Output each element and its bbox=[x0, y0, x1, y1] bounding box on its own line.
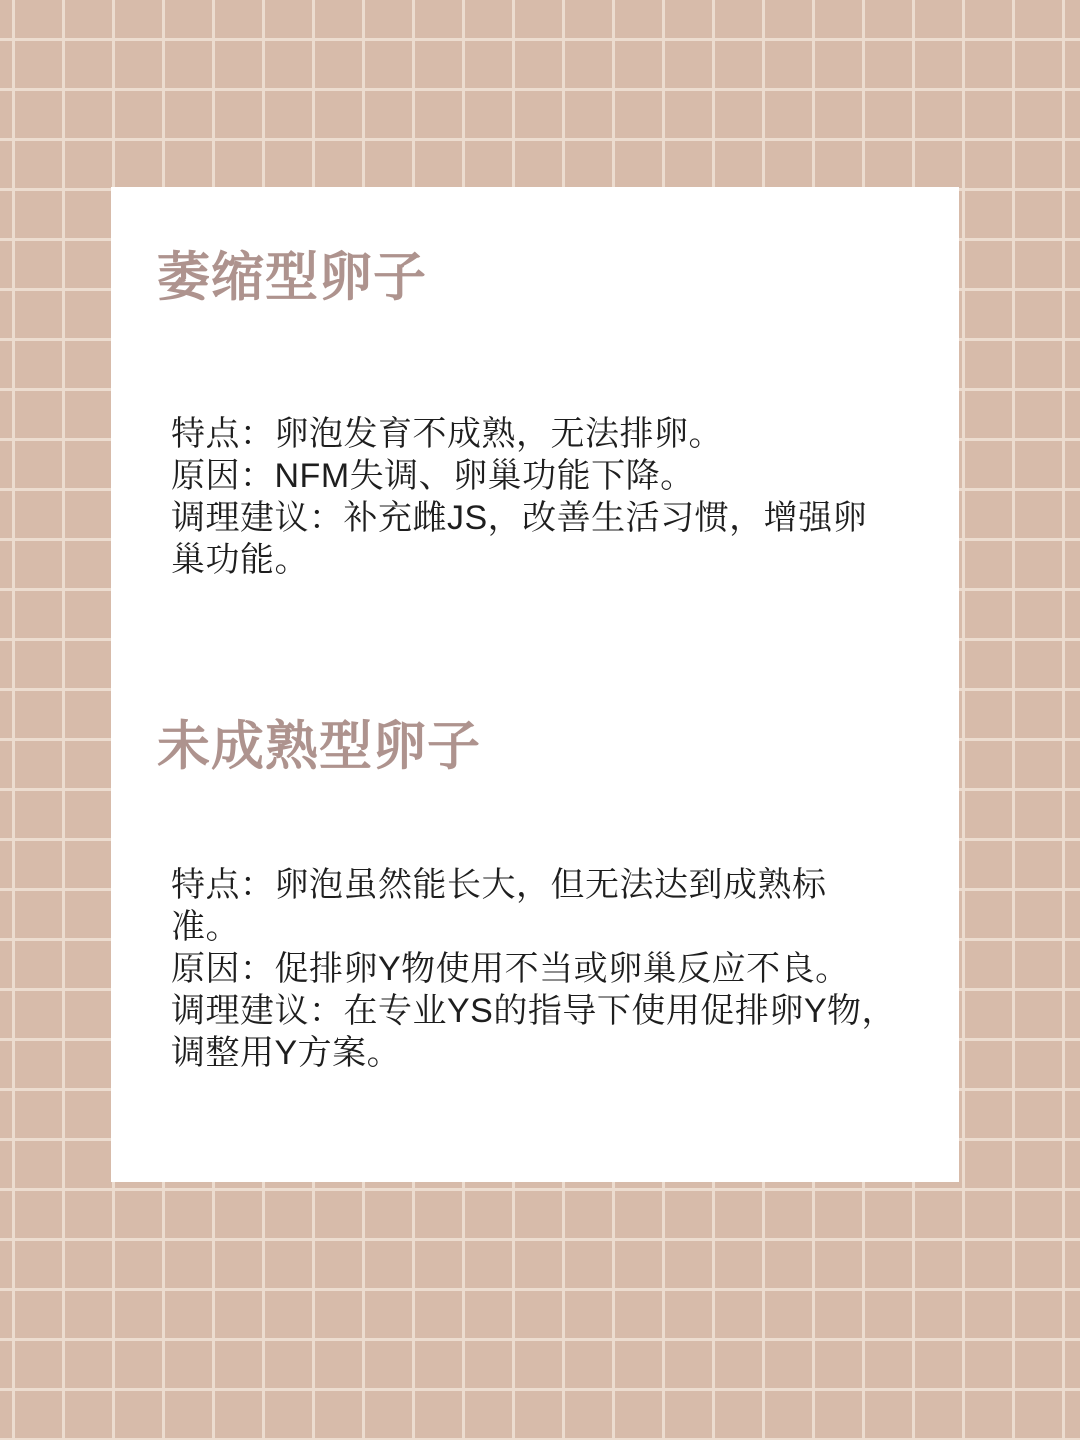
body-text-line: 准。 bbox=[171, 906, 959, 948]
section-atrophic-egg: 萎缩型卵子 特点：卵泡发育不成熟，无法排卵。 原因：NFM失调、卵巢功能下降。 … bbox=[111, 248, 959, 581]
body-text-line: 巢功能。 bbox=[171, 539, 959, 581]
section-body: 特点：卵泡虽然能长大，但无法达到成熟标 准。 原因：促排卵Y物使用不当或卵巢反应… bbox=[171, 864, 959, 1074]
body-text-line: 调理建议：在专业YS的指导下使用促排卵Y物， bbox=[171, 990, 959, 1032]
body-text-line: 调整用Y方案。 bbox=[171, 1032, 959, 1074]
section-title: 萎缩型卵子 bbox=[157, 248, 959, 308]
section-body: 特点：卵泡发育不成熟，无法排卵。 原因：NFM失调、卵巢功能下降。 调理建议：补… bbox=[171, 413, 959, 581]
section-immature-egg: 未成熟型卵子 特点：卵泡虽然能长大，但无法达到成熟标 准。 原因：促排卵Y物使用… bbox=[111, 717, 959, 1074]
section-title: 未成熟型卵子 bbox=[157, 717, 959, 777]
content-card: 萎缩型卵子 特点：卵泡发育不成熟，无法排卵。 原因：NFM失调、卵巢功能下降。 … bbox=[111, 187, 959, 1182]
body-text-line: 原因：NFM失调、卵巢功能下降。 bbox=[171, 455, 959, 497]
page-background: { "page": { "background_color": "#d7bbaa… bbox=[0, 0, 1080, 1440]
body-text-line: 特点：卵泡虽然能长大，但无法达到成熟标 bbox=[171, 864, 959, 906]
body-text-line: 原因：促排卵Y物使用不当或卵巢反应不良。 bbox=[171, 948, 959, 990]
body-text-line: 特点：卵泡发育不成熟，无法排卵。 bbox=[171, 413, 959, 455]
body-text-line: 调理建议：补充雌JS，改善生活习惯，增强卵 bbox=[171, 497, 959, 539]
